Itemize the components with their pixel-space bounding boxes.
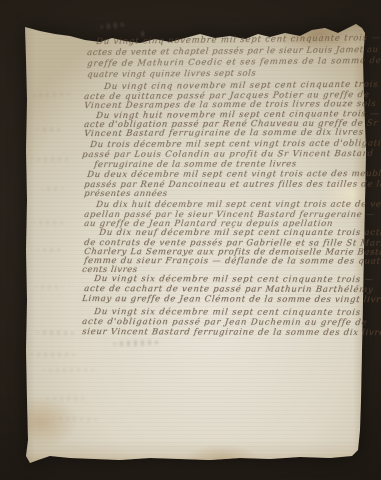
paper-sheet-torn-edges — [22, 22, 368, 464]
manuscript-paper — [22, 22, 368, 464]
archival-photo-background: Du vingt cinq novembre mil sept cent cin… — [0, 0, 381, 480]
